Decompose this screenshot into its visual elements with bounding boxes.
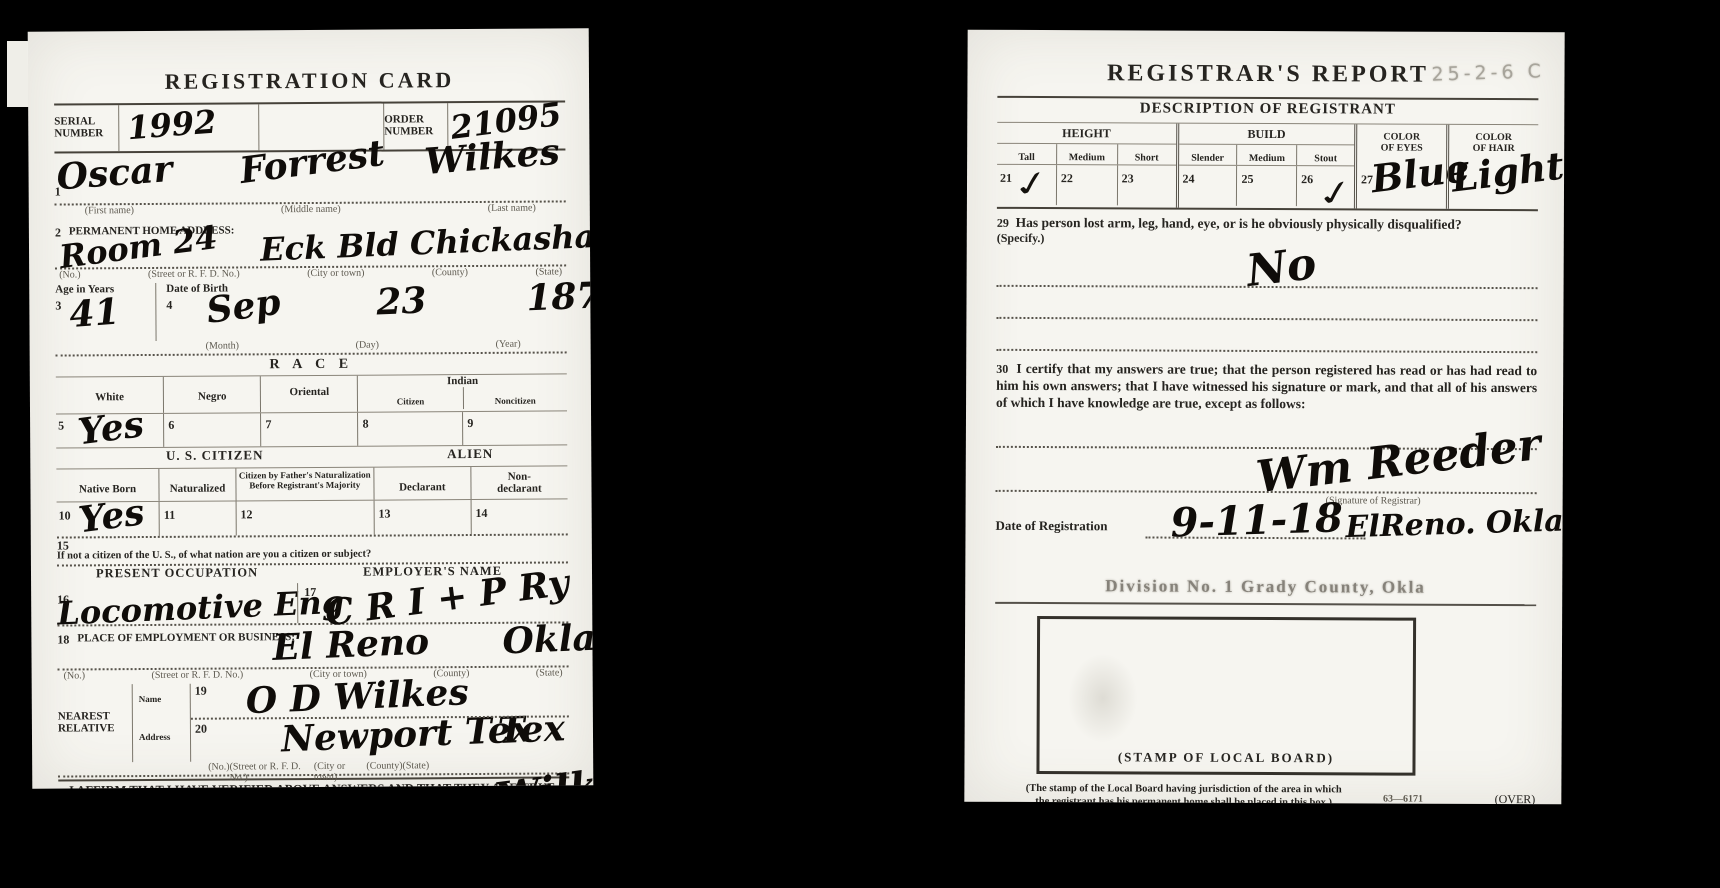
serial-number-value: 1992: [118, 104, 258, 151]
occupation-answer-row: 16 Locomotive Eng 17 C R I + P Ry: [57, 581, 568, 626]
short-label: Short: [1117, 144, 1176, 164]
address-row: 2 PERMANENT HOME ADDRESS: Room 24 Eck Bl…: [55, 216, 566, 269]
father-naturalization-answer: 12: [235, 501, 373, 536]
race-citizen-answer: 8: [357, 412, 462, 446]
nearest-relative-label: NEAREST RELATIVE: [58, 684, 132, 762]
pencil-notation: 25-2-6 C: [1431, 60, 1545, 85]
stamp-instruction-note: (The stamp of the Local Board having jur…: [994, 781, 1373, 804]
race-noncitizen-label: Noncitizen: [463, 386, 567, 409]
division-stamp-row: Division No. 1 Grady County, Okla: [995, 561, 1536, 609]
employment-city-handwriting: El Reno: [272, 624, 430, 666]
race-citizen-label: Citizen: [358, 387, 462, 410]
citizenship-answer-row: 10 Yes 11 12 13 14: [57, 499, 568, 538]
stamp-box-label: (STAMP OF LOCAL BOARD): [1039, 749, 1412, 767]
date-of-registration-label: Date of Registration: [995, 517, 1107, 533]
registrar-signature-handwriting: Wm Reeder: [1254, 423, 1543, 500]
race-white-answer: 5 Yes: [56, 414, 163, 448]
race-noncitizen-answer: 9: [462, 411, 567, 445]
nearest-relative-block: NEAREST RELATIVE Name Address 19 20 O D …: [58, 681, 569, 762]
hair-color-handwriting: Light: [1449, 147, 1564, 198]
build-medium-label: Medium: [1237, 145, 1297, 165]
race-indian-group: Indian Citizen Noncitizen: [357, 374, 567, 411]
rule: [995, 601, 1536, 605]
division-stamp-text: Division No. 1 Grady County, Okla: [1105, 576, 1426, 597]
build-group: BUILD Slender Medium Stout 24 25 26 ✓: [1175, 124, 1354, 209]
build-medium-cell: 25: [1236, 166, 1296, 206]
age-handwriting: 41: [68, 293, 121, 333]
native-born-yes-handwriting: Yes: [77, 494, 147, 538]
employment-state-handwriting: Okla: [502, 620, 594, 660]
race-oriental-label: Oriental: [260, 376, 357, 413]
physical-description-table: HEIGHT Tall Medium Short 21 ✓ 22 23 BUIL…: [997, 123, 1538, 209]
tall-cell: 21 ✓: [997, 165, 1056, 205]
relative-sublabels: Name Address: [132, 684, 190, 762]
line15-row: 15 If not a citizen of the U. S., of wha…: [57, 535, 568, 566]
tall-checkmark: ✓: [1008, 162, 1055, 207]
employment-row: 18 PLACE OF EMPLOYMENT OR BUSINESS: El R…: [57, 623, 568, 670]
nondeclarant-label: Non-declarant: [470, 466, 567, 499]
dob-day-handwriting: 23: [376, 282, 428, 320]
tall-label: Tall: [997, 144, 1056, 164]
dob-year-handwriting: 1876: [526, 276, 594, 316]
address-rest-handwriting: Eck Bld Chickasha Okla: [260, 216, 594, 266]
footer-right: 63—6171 (OVER): [1373, 783, 1535, 804]
build-header: BUILD: [1179, 124, 1355, 145]
form-number: 63—6171: [1383, 793, 1423, 804]
slender-label: Slender: [1179, 145, 1237, 165]
eyes-group: COLOR OF EYES 27 Blue: [1354, 124, 1446, 208]
dob-field-labels: (Month) (Day) (Year): [56, 338, 567, 356]
over-label-right-card: (OVER): [1495, 792, 1536, 805]
registration-card: REGISTRATION CARD SERIAL NUMBER 1992 ORD…: [28, 28, 594, 788]
height-medium-cell: 22: [1056, 165, 1117, 205]
us-citizen-header: U. S. CITIZEN: [56, 447, 373, 469]
present-occupation-header: PRESENT OCCUPATION: [57, 565, 297, 584]
report-title-row: REGISTRAR'S REPORT 25-2-6 C: [997, 60, 1538, 96]
question-30-text: 30 I certify that my answers are true; t…: [996, 361, 1537, 414]
nondeclarant-answer: 14: [470, 499, 567, 534]
registrar-place-handwriting: ElReno. Okla: [1345, 506, 1564, 543]
declarant-label: Declarant: [373, 467, 470, 500]
stout-label: Stout: [1296, 145, 1354, 165]
dotted-line: [996, 349, 1537, 353]
name-row: 1 Oscar Forrest Wilkes: [54, 150, 565, 205]
registration-card-title: REGISTRATION CARD: [54, 66, 565, 95]
serial-number-label: SERIAL NUMBER: [54, 105, 118, 151]
native-born-answer: 10 Yes: [57, 502, 159, 537]
slender-cell: 24: [1178, 166, 1236, 206]
age-cell: Age in Years 3 41: [55, 283, 155, 342]
last-name-handwriting: Wilkes: [423, 134, 561, 180]
first-name-handwriting: Oscar: [55, 151, 173, 196]
naturalized-answer: 11: [159, 501, 236, 535]
hair-group: COLOR OF HAIR Light: [1446, 125, 1538, 209]
race-negro-answer: 6: [163, 413, 260, 447]
race-yes-handwriting: Yes: [76, 406, 146, 450]
height-medium-label: Medium: [1056, 144, 1117, 164]
description-of-registrant-header: DESCRIPTION OF REGISTRANT: [997, 100, 1538, 124]
naturalized-label: Naturalized: [159, 468, 236, 500]
employer-answer: 17 C R I + P Ry: [297, 581, 568, 623]
age-dob-row: Age in Years 3 41 Date of Birth 4 Sep 23…: [55, 280, 566, 341]
scanned-document-page: { "registration_card": { "title": "REGIS…: [0, 0, 1720, 888]
registrars-report-card: REGISTRAR'S REPORT 25-2-6 C DESCRIPTION …: [964, 30, 1564, 805]
dotted-line: [996, 317, 1537, 321]
alien-header: ALIEN: [373, 445, 567, 466]
father-naturalization-label: Citizen by Father's Naturalization Befor…: [235, 468, 373, 501]
dob-cell: Date of Birth 4 Sep 23 1876: [155, 280, 566, 341]
stout-cell: 26 ✓: [1296, 166, 1354, 206]
report-footer: (The stamp of the Local Board having jur…: [994, 781, 1535, 804]
race-answer-row: 5 Yes 6 7 8 9: [56, 411, 567, 448]
occupation-answer: 16 Locomotive Eng: [57, 583, 297, 624]
race-oriental-answer: 7: [260, 413, 357, 447]
registrar-signature-block: Wm Reeder (Signature of Registrar) 9-11-…: [995, 411, 1537, 563]
short-cell: 23: [1117, 165, 1176, 205]
height-group: HEIGHT Tall Medium Short 21 ✓ 22 23: [997, 123, 1176, 208]
race-negro-label: Negro: [163, 376, 260, 413]
relative-values: 19 20 O D Wilkes Newport Tex Tex: [190, 681, 569, 761]
dob-month-handwriting: Sep: [204, 284, 282, 329]
stamp-of-local-board-box: (STAMP OF LOCAL BOARD): [1036, 616, 1416, 776]
faint-emblem: [1068, 653, 1138, 743]
question-29-text: 29 Has person lost arm, leg, hand, eye, …: [997, 209, 1538, 233]
question-29-block: 29 Has person lost arm, leg, hand, eye, …: [996, 209, 1538, 353]
declarant-answer: 13: [373, 500, 470, 535]
height-header: HEIGHT: [997, 123, 1176, 144]
